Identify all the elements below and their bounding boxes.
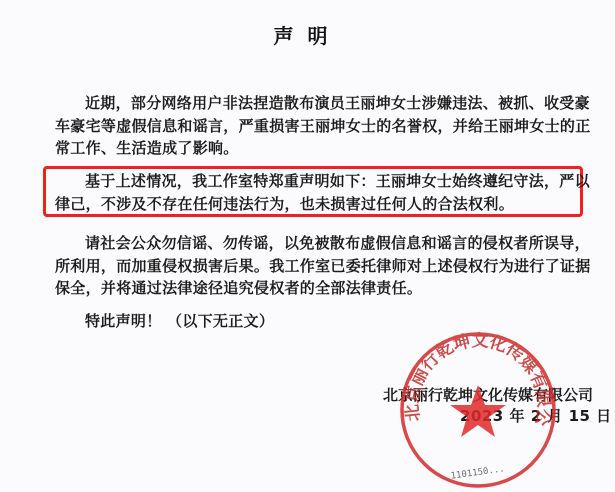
document-title: 声明 bbox=[0, 20, 615, 49]
paragraph-line: 请社会公众勿信谣、勿传谣，以免被散布虚假信息和谣言的侵权者所误导， bbox=[55, 232, 575, 255]
paragraph-line: 近期，部分网络用户非法捏造散布演员王丽坤女士涉嫌违法、被抓、收受豪 bbox=[55, 92, 575, 115]
paragraph-closing: 特此声明！ （以下无正文） bbox=[55, 310, 575, 333]
paragraph-line: 车豪宅等虚假信息和谣言，严重损害王丽坤女士的名誉权，并给王丽坤女士的正 bbox=[55, 115, 575, 138]
statement-document: 声明 近期，部分网络用户非法捏造散布演员王丽坤女士涉嫌违法、被抓、收受豪 车豪宅… bbox=[0, 0, 615, 492]
paragraph-line: 所利用，而加重侵权损害后果。我工作室已委托律师对上述侵权行为进行了证据 bbox=[55, 255, 575, 278]
signature-date: 2023 年 2 月 15 日 bbox=[460, 405, 612, 426]
paragraph-line: 基于上述情况，我工作室特郑重声明如下：王丽坤女士始终遵纪守法，严以 bbox=[55, 170, 575, 193]
paragraph-line: 保全，并将通过法律途径追究侵权者的全部法律责任。 bbox=[55, 277, 575, 300]
stamp-number: 1101150... bbox=[450, 464, 505, 481]
paragraph-declaration: 基于上述情况，我工作室特郑重声明如下：王丽坤女士始终遵纪守法，严以 律己，不涉及… bbox=[55, 170, 575, 215]
paragraph-rumor-description: 近期，部分网络用户非法捏造散布演员王丽坤女士涉嫌违法、被抓、收受豪 车豪宅等虚假… bbox=[55, 92, 575, 160]
paragraph-line: 特此声明！ （以下无正文） bbox=[55, 310, 575, 333]
paragraph-line: 常工作、生活造成了影响。 bbox=[55, 137, 575, 160]
paragraph-line: 律己，不涉及不存在任何违法行为，也未损害过任何人的合法权利。 bbox=[55, 193, 575, 216]
signature-company: 北京丽行乾坤文化传媒有限公司 bbox=[383, 384, 593, 405]
paragraph-public-appeal: 请社会公众勿信谣、勿传谣，以免被散布虚假信息和谣言的侵权者所误导， 所利用，而加… bbox=[55, 232, 575, 300]
